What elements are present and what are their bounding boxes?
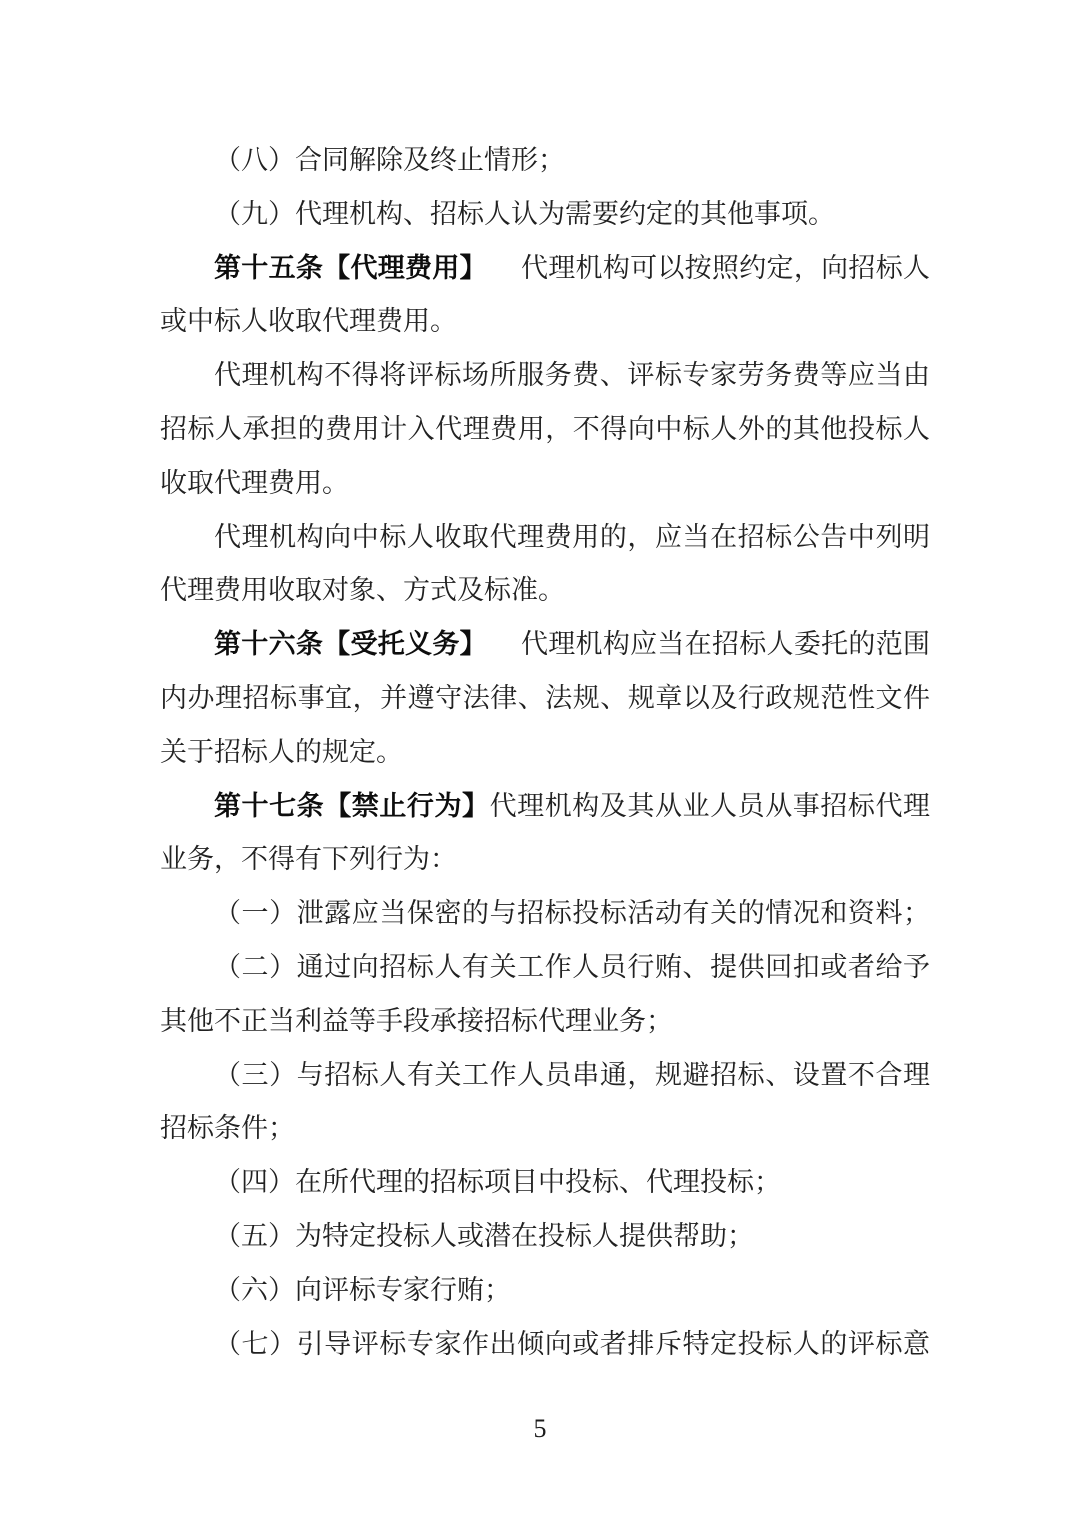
article-heading: 第十五条【代理费用】 <box>214 253 487 283</box>
text-line: 代理机构向中标人收取代理费用的，应当在招标公告中列明 <box>160 511 930 565</box>
line-text: （五）为特定投标人或潜在投标人提供帮助； <box>214 1221 754 1251</box>
article-line: 第十七条【禁止行为】代理机构及其从业人员从事招标代理 <box>160 780 930 834</box>
text-line: 关于招标人的规定。 <box>160 726 930 780</box>
line-text: 代理机构向中标人收取代理费用的，应当在招标公告中列明 <box>214 522 930 552</box>
line-text: 招标条件； <box>160 1113 295 1143</box>
text-line: （八）合同解除及终止情形； <box>160 134 930 188</box>
text-line: 收取代理费用。 <box>160 457 930 511</box>
text-line: 其他不正当利益等手段承接招标代理业务； <box>160 995 930 1049</box>
text-line: （四）在所代理的招标项目中投标、代理投标； <box>160 1156 930 1210</box>
line-text: （九）代理机构、招标人认为需要约定的其他事项。 <box>214 199 835 229</box>
text-line: （七）引导评标专家作出倾向或者排斥特定投标人的评标意 <box>160 1318 930 1372</box>
line-text: 代理机构不得将评标场所服务费、评标专家劳务费等应当由 <box>214 360 930 390</box>
text-line: （二）通过向招标人有关工作人员行贿、提供回扣或者给予 <box>160 941 930 995</box>
text-line: 或中标人收取代理费用。 <box>160 295 930 349</box>
heading-gap <box>487 652 521 653</box>
text-line: 业务，不得有下列行为： <box>160 833 930 887</box>
line-text: 招标人承担的费用计入代理费用，不得向中标人外的其他投标人 <box>160 414 930 444</box>
line-text: 关于招标人的规定。 <box>160 737 403 767</box>
line-text: （四）在所代理的招标项目中投标、代理投标； <box>214 1167 781 1197</box>
line-text: 业务，不得有下列行为： <box>160 844 457 874</box>
document-body: （八）合同解除及终止情形；（九）代理机构、招标人认为需要约定的其他事项。第十五条… <box>160 134 930 1371</box>
heading-gap <box>487 276 521 277</box>
text-line: 代理机构不得将评标场所服务费、评标专家劳务费等应当由 <box>160 349 930 403</box>
text-line: （九）代理机构、招标人认为需要约定的其他事项。 <box>160 188 930 242</box>
document-page: （八）合同解除及终止情形；（九）代理机构、招标人认为需要约定的其他事项。第十五条… <box>0 0 1080 1527</box>
text-line: （六）向评标专家行贿； <box>160 1264 930 1318</box>
article-heading: 第十六条【受托义务】 <box>214 629 487 659</box>
line-text: 其他不正当利益等手段承接招标代理业务； <box>160 1006 673 1036</box>
line-text: 代理机构可以按照约定，向招标人 <box>521 253 930 283</box>
article-line: 第十五条【代理费用】代理机构可以按照约定，向招标人 <box>160 242 930 296</box>
text-line: （一）泄露应当保密的与招标投标活动有关的情况和资料； <box>160 887 930 941</box>
text-line: （五）为特定投标人或潜在投标人提供帮助； <box>160 1210 930 1264</box>
line-text: （六）向评标专家行贿； <box>214 1275 511 1305</box>
line-text: （二）通过向招标人有关工作人员行贿、提供回扣或者给予 <box>214 952 930 982</box>
page-number: 5 <box>0 1414 1080 1444</box>
line-text: 代理机构应当在招标人委托的范围 <box>521 629 930 659</box>
line-text: （三）与招标人有关工作人员串通，规避招标、设置不合理 <box>214 1060 930 1090</box>
line-text: 收取代理费用。 <box>160 468 349 498</box>
text-line: 招标人承担的费用计入代理费用，不得向中标人外的其他投标人 <box>160 403 930 457</box>
text-line: 代理费用收取对象、方式及标准。 <box>160 564 930 618</box>
line-text: （一）泄露应当保密的与招标投标活动有关的情况和资料； <box>214 898 930 928</box>
line-text: 或中标人收取代理费用。 <box>160 306 457 336</box>
text-line: （三）与招标人有关工作人员串通，规避招标、设置不合理 <box>160 1049 930 1103</box>
article-line: 第十六条【受托义务】代理机构应当在招标人委托的范围 <box>160 618 930 672</box>
line-text: 代理费用收取对象、方式及标准。 <box>160 575 565 605</box>
line-text: （七）引导评标专家作出倾向或者排斥特定投标人的评标意 <box>214 1329 930 1359</box>
line-text: 代理机构及其从业人员从事招标代理 <box>490 791 930 821</box>
text-line: 招标条件； <box>160 1102 930 1156</box>
article-heading: 第十七条【禁止行为】 <box>214 791 490 821</box>
line-text: （八）合同解除及终止情形； <box>214 145 565 175</box>
text-line: 内办理招标事宜，并遵守法律、法规、规章以及行政规范性文件 <box>160 672 930 726</box>
line-text: 内办理招标事宜，并遵守法律、法规、规章以及行政规范性文件 <box>160 683 930 713</box>
